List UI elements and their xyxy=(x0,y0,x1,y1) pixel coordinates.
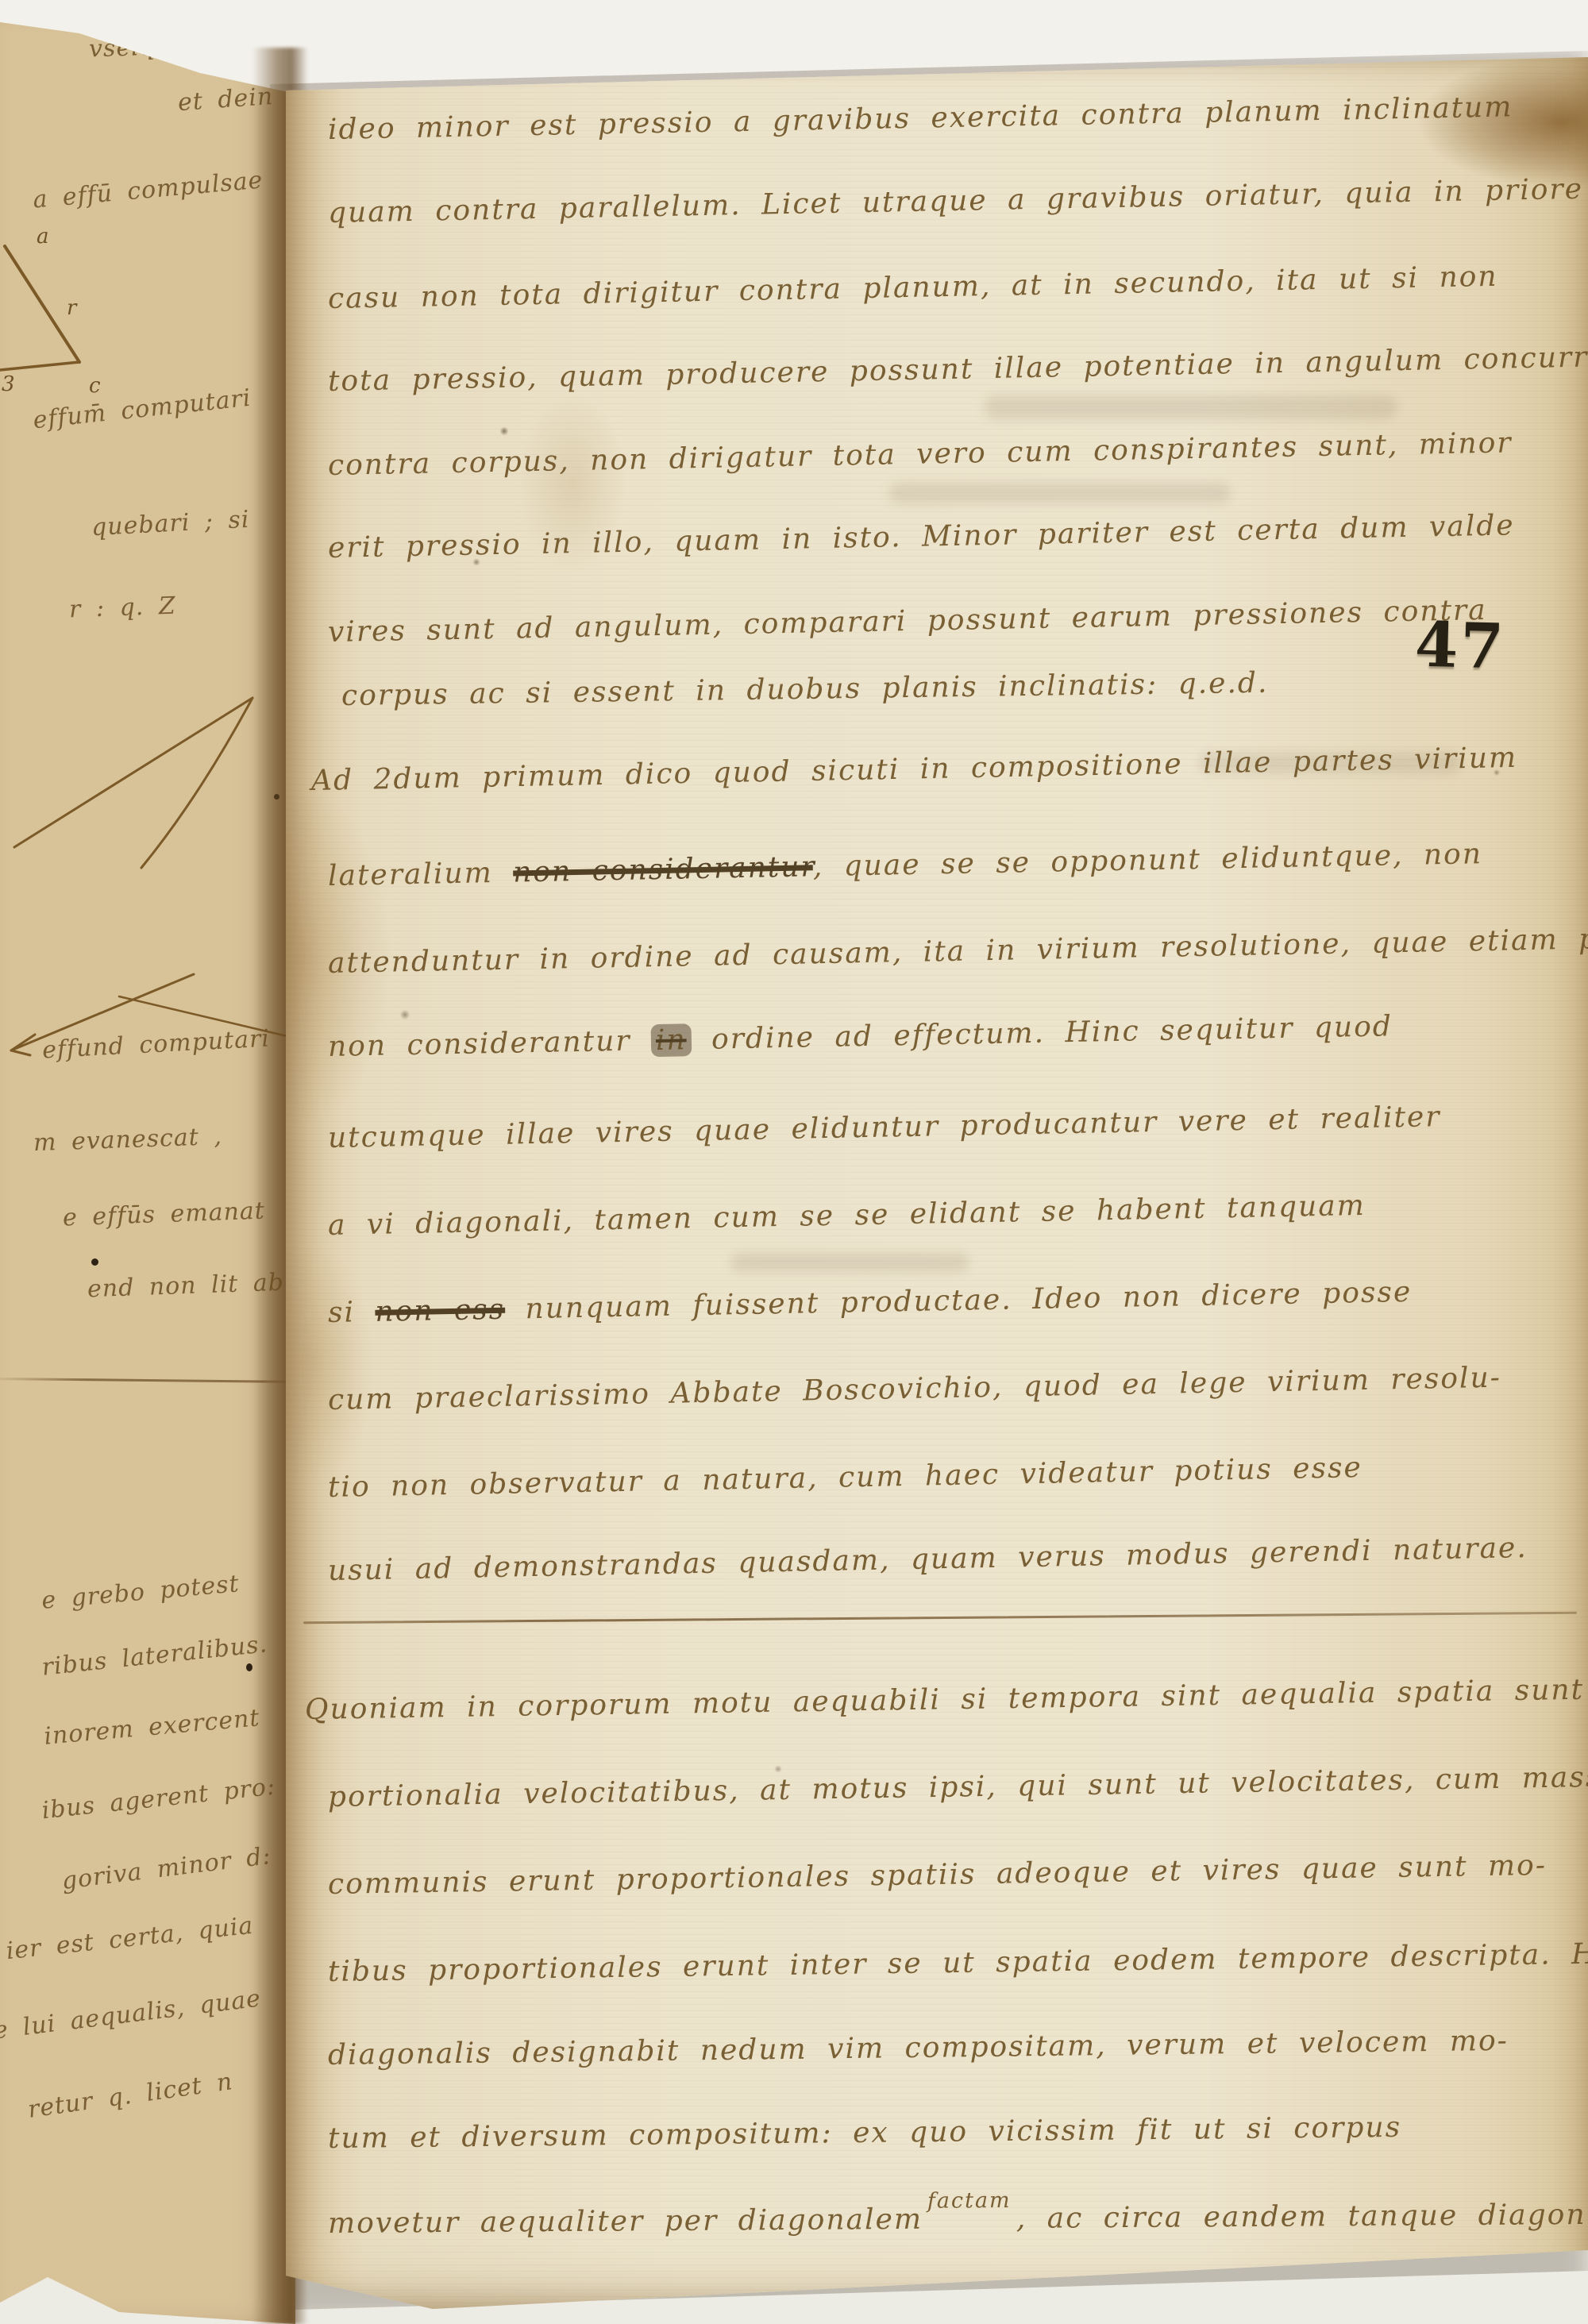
manuscript-line: ideo minor est pressio a gravibus exerci… xyxy=(328,91,1513,146)
triangle-label-apex: a xyxy=(37,229,49,249)
left-fragment: e effūs emanat xyxy=(63,1197,266,1232)
manuscript-line: Ad 2dum primum dico quod sicuti in compo… xyxy=(311,742,1518,797)
manuscript-line: vires sunt ad angulum, comparari possunt… xyxy=(328,594,1487,649)
triangle-label-bottom-right: c xyxy=(89,374,101,395)
manuscript-line: Quoniam in corporum motu aequabili si te… xyxy=(305,1672,1588,1726)
left-fragment: m evanescat , xyxy=(33,1123,223,1157)
bleedthrough-smudge xyxy=(730,1253,969,1272)
left-fragment: sse lui aequalis, quae xyxy=(0,1984,263,2048)
ink-spot xyxy=(246,1663,252,1671)
ink-spot xyxy=(91,1258,98,1266)
left-fragment: goriva minor d: xyxy=(60,1842,272,1895)
triangle-diagram: a r 3 c xyxy=(0,229,127,395)
manuscript-line: tibus proportionales erunt inter se ut s… xyxy=(328,1937,1588,1988)
right-page: 47 ideo minor est pressio a gravibus exe… xyxy=(286,54,1588,2312)
manuscript-line: non considerantur in ordine ad effectum.… xyxy=(328,1010,1393,1063)
left-fragment: retur q. licet n xyxy=(26,2068,235,2124)
manuscript-line: casu non tota dirigitur contra planum, a… xyxy=(328,260,1498,315)
manuscript-line: attenduntur in ordine ad causam, ita in … xyxy=(328,922,1588,980)
bleedthrough-smudge xyxy=(985,395,1397,419)
manuscript-line: utcumque illae vires quae eliduntur prod… xyxy=(328,1100,1441,1154)
left-section-divider xyxy=(0,1378,292,1383)
manuscript-line: corpus ac si essent in duobus planis inc… xyxy=(341,667,1269,712)
triangle-label-bottom-left: 3 xyxy=(2,372,15,395)
manuscript-line: tota pressio, quam producere possunt ill… xyxy=(328,339,1588,398)
rays-diagram xyxy=(0,679,295,1068)
manuscript-line: quam contra parallelum. Licet utraque a … xyxy=(328,173,1584,229)
section-divider-rule xyxy=(303,1612,1577,1624)
manuscript-line: diagonalis designabit nedum vim composit… xyxy=(328,2025,1509,2072)
left-fragment: ibus agerent pro: xyxy=(40,1773,277,1825)
manuscript-line: usui ad demonstrandas quasdam, quam veru… xyxy=(328,1532,1528,1587)
interlinear-insertion: factam xyxy=(927,2188,1012,2214)
left-fragment: a effū compulsae xyxy=(32,166,264,214)
manuscript-line: si non ess nunquam fuissent productae. I… xyxy=(328,1276,1413,1329)
manuscript-line: tum et diversum compositum: ex quo vicis… xyxy=(328,2111,1401,2155)
manuscript-photo: { "document": { "kind": "handwritten man… xyxy=(0,0,1588,2324)
manuscript-line: communis erunt proportionales spatiis ad… xyxy=(328,1849,1548,1901)
manuscript-line: tio non observatur a natura, cum haec vi… xyxy=(328,1451,1363,1504)
left-fragment: ier est certa, quia xyxy=(5,1912,255,1966)
bleedthrough-smudge xyxy=(889,483,1231,503)
manuscript-line: contra corpus, non dirigatur tota vero c… xyxy=(328,426,1513,482)
folio-number: 47 xyxy=(1414,609,1507,684)
left-fragment: quebari ; si xyxy=(91,506,250,541)
left-fragment: ribus lateralibus. xyxy=(40,1630,269,1682)
triangle-label-mid: r xyxy=(67,296,78,320)
manuscript-line: erit pressio in illo, quam in isto. Mino… xyxy=(328,509,1515,565)
manuscript-line: movetur aequaliter per diagonalemfactam,… xyxy=(328,2199,1586,2240)
left-page: vselquis. et dein a effū compulsae a r 3… xyxy=(0,0,295,2324)
manuscript-line: lateralium non considerantur, quae se se… xyxy=(328,838,1483,892)
manuscript-line: portionalia velocitatibus, at motus ipsi… xyxy=(328,1759,1588,1813)
left-fragment: r : q. Z xyxy=(69,592,177,624)
manuscript-line: cum praeclarissimo Abbate Boscovichio, q… xyxy=(328,1362,1502,1416)
left-fragment: inorem exercent xyxy=(43,1704,261,1751)
manuscript-line: a vi diagonali, tamen cum se se elidant … xyxy=(328,1189,1366,1242)
left-fragment: e grebo potest xyxy=(40,1570,241,1615)
